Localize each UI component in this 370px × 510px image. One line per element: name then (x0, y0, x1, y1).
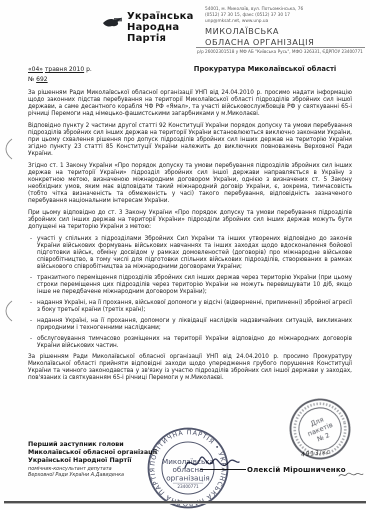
party-round-stamp: ПОЛІТИЧНА ПАРТІЯ • УКРАЇНСЬКА НАРОДНА ПА… (146, 426, 230, 510)
bullet-marker: - (30, 336, 37, 350)
stamp-code: 23400771 (177, 484, 199, 489)
number-value: 692 (36, 76, 47, 83)
letter-body: «04» травня 2010 р. Прокуратура Миколаїв… (28, 66, 352, 387)
bullet-item: - надання Україні, на її прохання, війсь… (30, 300, 352, 314)
org-line: ОБЛАСНА ОРГАНІЗАЦІЯ (205, 37, 314, 48)
bullet-item: - участі у спільних з підрозділами Зброй… (30, 236, 352, 271)
paragraph-1: За рішенням Ради Миколаївської обласної … (28, 90, 352, 118)
bullet-marker: - (30, 236, 37, 271)
bullet-marker: - (30, 300, 37, 314)
address-line: unp@mksat.net, www.unp.ua (205, 19, 303, 25)
pen-mark (2, 300, 14, 322)
party-logo-icon (103, 16, 123, 29)
letter-number: № 692 (28, 76, 352, 83)
bullet-item: - надання Україні, на її прохання, допом… (30, 318, 352, 332)
bullet-text: надання Україні, на її прохання, військо… (37, 300, 352, 314)
date-day: «04» (28, 66, 43, 73)
scanned-letter-page: Українська Народна Партія 54001, м. Мико… (0, 0, 370, 510)
bullet-list: - участі у спільних з підрозділами Зброй… (28, 236, 352, 350)
recipient: Прокуратура Миколаївської області (178, 66, 352, 73)
bullet-marker: - (30, 318, 37, 332)
handwritten-note (338, 470, 364, 480)
meta-row: «04» травня 2010 р. Прокуратура Миколаїв… (28, 66, 352, 73)
pen-mark (2, 138, 14, 160)
date-suffix: р. (86, 66, 92, 73)
date-month-year: травня 2010 (45, 66, 84, 73)
bullet-text: надання Україні, на її прохання, допомог… (37, 318, 352, 332)
party-name-line: Народна (127, 22, 194, 33)
letterhead-divider (196, 47, 365, 48)
regional-org-name: МИКОЛАЇВСЬКА ОБЛАСНА ОРГАНІЗАЦІЯ (205, 26, 314, 47)
party-name: Українська Народна Партія (127, 11, 194, 44)
bullet-item: - обслуговування тимчасово розміщених на… (30, 336, 352, 350)
bank-details: р/р 26002301518 у МФ АБ "Київська Русь",… (197, 49, 363, 54)
page-bottom-rule (4, 501, 366, 503)
incoming-registry-stamp: Для пакетів № 2 (281, 390, 359, 468)
bullet-marker: - (30, 275, 37, 296)
paragraph-2: Відповідно пункту 2 частини другої статт… (28, 123, 352, 158)
paragraph-4: При цьому відповідно до ст. 3 Закону Укр… (28, 210, 352, 231)
stamp-inner-line: організація (166, 474, 209, 483)
letter-date: «04» травня 2010 р. (28, 66, 178, 73)
bullet-item: - транзитного переміщення підрозділів зб… (30, 275, 352, 296)
closing-paragraph: За рішенням Ради Миколаївської обласної … (28, 354, 352, 382)
party-name-line: Партія (127, 33, 194, 44)
letterhead-address: 54001, м. Миколаїв, вул. Потьомкінська, … (205, 7, 303, 25)
party-name-line: Українська (127, 11, 194, 22)
org-line: МИКОЛАЇВСЬКА (205, 26, 314, 37)
paragraph-3: Згідно ст. 1 Закону України «Про порядок… (28, 163, 352, 205)
bullet-text: участі у спільних з підрозділами Збройни… (37, 236, 352, 271)
bullet-text: обслуговування тимчасово розміщених на т… (37, 336, 352, 350)
bullet-text: транзитного переміщення підрозділів збро… (37, 275, 352, 296)
number-sign: № (28, 76, 34, 83)
